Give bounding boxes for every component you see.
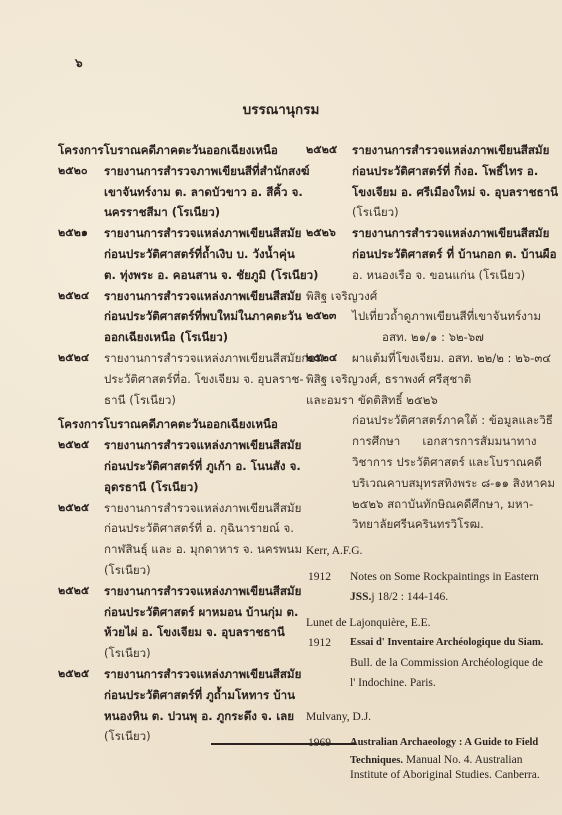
entry-year: 1969 [306, 733, 350, 782]
entry-line: l' Indochine. Paris. [350, 673, 543, 693]
entry-line: เขาจันทร์งาม ต. ลาดบัวขาว อ. สีคิ้ว จ. [104, 182, 310, 203]
bib-entry: 1912 Essai d' Inventaire Archéologique d… [306, 633, 528, 693]
entry-line: (โรเนียว) [104, 560, 302, 581]
entry-line: อ. หนองเรือ จ. ขอนแก่น (โรเนียว) [352, 265, 557, 286]
bib-entry: 1912 Notes on Some Rockpaintings in East… [306, 567, 528, 607]
entry-year: ๒๕๒๕ [58, 581, 104, 664]
author-name: Kerr, A.F.G. [306, 541, 528, 561]
entry-line: Bull. de la Commission Archéologique de [350, 653, 543, 673]
entry-line: ผาแต้มที่โขงเจียม. อสท. ๒๒/๒ : ๒๖-๓๔ [352, 348, 551, 369]
entry-year: ๒๕๒๕ [58, 664, 104, 747]
bib-entry: ๒๕๒๕ รายงานการสำรวจแหล่งภาพเขียนสีสมัย ก… [58, 581, 294, 664]
bib-entry: 1969 Australian Archaeology : A Guide to… [306, 733, 528, 782]
entry-line: ไปเที่ยวถ้ำดูภาพเขียนสีที่เขาจันทร์งาม [352, 306, 541, 327]
bib-entry: ๒๕๒๔ รายงานการสำรวจแหล่งภาพเขียนสีสมัย ก… [58, 286, 294, 348]
entry-line: ออกเฉียงเหนือ (โรเนียว) [104, 327, 302, 348]
entry-title: Essai d' Inventaire Archéologique du Sia… [350, 633, 543, 653]
page-number: ๖ [75, 54, 83, 73]
entry-year: ๒๕๒๑ [58, 223, 104, 285]
entry-line: บริเวณคาบสมุทรสทิงพระ ๘-๑๑ สิงหาคม [352, 473, 528, 494]
entry-line: รายงานการสำรวจแหล่งภาพเขียนสีสมัย [104, 498, 302, 519]
bib-entry: ๒๕๒๐ รายงานการสำรวจภาพเขียนสีที่สำนักสงฆ… [58, 161, 294, 223]
entry-year: ๒๕๒๓ [306, 306, 352, 348]
entry-year: ๒๕๒๕ [58, 435, 104, 497]
author-name: พิสิฐ เจริญวงศ์ [306, 286, 528, 307]
entry-line: (โรเนียว) [352, 202, 558, 223]
entry-title-cont: Techniques. [350, 755, 403, 766]
page-title: บรรณานุกรม [0, 98, 562, 120]
entry-line: ต. ทุ่งพระ อ. คอนสาน จ. ชัยภูมิ (โรเนียว… [104, 265, 318, 286]
bib-entry: ๒๕๒๑ รายงานการสำรวจแหล่งภาพเขียนสีสมัย ก… [58, 223, 294, 285]
bib-entry: ๒๕๒๕ รายงานการสำรวจแหล่งภาพเขียนสีสมัย ก… [58, 664, 294, 747]
right-column: ๒๕๒๕ รายงานการสำรวจแหล่งภาพเขียนสีสมัย ก… [306, 140, 528, 782]
journal-citation: j 18/2 : 144-146. [371, 591, 448, 603]
entry-line: รายงานการสำรวจแหล่งภาพเขียนสีสมัย [104, 581, 301, 602]
bib-entry: ๒๕๒๕ รายงานการสำรวจแหล่งภาพเขียนสีสมัย ก… [58, 435, 294, 497]
bib-entry: ๒๕๒๔ ผาแต้มที่โขงเจียม. อสท. ๒๒/๒ : ๒๖-๓… [306, 348, 528, 369]
entry-year: 1912 [306, 633, 350, 693]
entry-line: อสท. ๒๑/๑ : ๖๒-๖๗ [352, 327, 541, 348]
entry-line: โขงเจียม อ. ศรีเมืองใหม่ จ. อุบลราชธานี [352, 182, 558, 203]
entry-year: ๒๕๒๖ [306, 223, 352, 285]
entry-line: รายงานการสำรวจแหล่งภาพเขียนสีสมัย [104, 435, 301, 456]
entry-year: ๒๕๒๐ [58, 161, 104, 223]
bib-entry: ๒๕๒๕ รายงานการสำรวจแหล่งภาพเขียนสีสมัย ก… [306, 140, 528, 223]
bib-entry: ๒๕๒๓ ไปเที่ยวถ้ำดูภาพเขียนสีที่เขาจันทร์… [306, 306, 528, 348]
author-name: พิสิฐ เจริญวงศ์, ธราพงศ์ ศรีสุชาติ [306, 369, 528, 390]
entry-title: Australian Archaeology : A Guide to Fiel… [350, 733, 540, 753]
entry-line: Notes on Some Rockpaintings in Eastern [350, 567, 539, 587]
entry-year: ๒๕๒๕ [306, 140, 352, 223]
entry-line: วิทยาลัยศรีนครินทรวิโรฒ. [352, 514, 528, 535]
section-heading: โครงการโบราณคดีภาคตะวันออกเฉียงเหนือ [58, 140, 294, 161]
end-divider [211, 743, 356, 745]
entry-line: ก่อนประวัติศาสตร์ที่ ภูถ้ำมโหทาร บ้าน [104, 685, 301, 706]
entry-line: ๒๕๒๖ สถาบันทักษิณคดีศึกษา, มหา- [352, 494, 528, 515]
entry-year: ๒๕๒๔ [306, 348, 352, 369]
entry-line: ก่อนประวัติศาสตร์ที่ถ้ำเงิบ บ. วังน้ำคุ่… [104, 244, 318, 265]
entry-line: รายงานการสำรวจแหล่งภาพเขียนสีสมัยก่อน [104, 348, 323, 369]
author-name-year: และอมรา ขัดติสิทธิ์ ๒๕๒๖ [306, 390, 528, 411]
entry-line: Institute of Aboriginal Studies. Canberr… [350, 768, 540, 782]
entry-line: นครราชสีมา (โรเนียว) [104, 202, 310, 223]
entry-line: ก่อนประวัติศาสตร์ที่ อ. กุฉินารายณ์ จ. [104, 518, 302, 539]
entry-line: รายงานการสำรวจแหล่งภาพเขียนสีสมัย [104, 286, 302, 307]
entry-line: รายงานการสำรวจแหล่งภาพเขียนสีสมัย [104, 223, 318, 244]
left-column: โครงการโบราณคดีภาคตะวันออกเฉียงเหนือ ๒๕๒… [58, 140, 294, 747]
entry-line: รายงานการสำรวจภาพเขียนสีที่สำนักสงฆ์ [104, 161, 310, 182]
entry-line: รายงานการสำรวจแหล่งภาพเขียนสีสมัย [352, 140, 558, 161]
entry-line: กาฬสินธุ์ และ อ. มุกดาหาร จ. นครพนม [104, 539, 302, 560]
entry-line: Manual No. 4. Australian [403, 754, 522, 766]
entry-line: อุดรธานี (โรเนียว) [104, 477, 301, 498]
bib-entry: ๒๕๒๔ รายงานการสำรวจแหล่งภาพเขียนสีสมัยก่… [58, 348, 294, 410]
entry-line: ก่อนประวัติศาสตร์ ผาหมอน บ้านกุ่ม ต. [104, 602, 301, 623]
entry-line: หนองหิน ต. ปวนพุ อ. ภูกระดึง จ. เลย [104, 706, 301, 727]
entry-year: ๒๕๒๕ [58, 498, 104, 581]
entry-line: ประวัติศาสตร์ที่อ. โขงเจียม จ. อุบลราช- [104, 369, 323, 390]
entry-line: รายงานการสำรวจแหล่งภาพเขียนสีสมัย [352, 223, 557, 244]
bib-entry: ก่อนประวัติศาสตร์ภาคใต้ : ข้อมูลและวิธี … [306, 410, 528, 535]
entry-line: รายงานการสำรวจแหล่งภาพเขียนสีสมัย [104, 664, 301, 685]
bib-entry: ๒๕๒๖ รายงานการสำรวจแหล่งภาพเขียนสีสมัย ก… [306, 223, 528, 285]
entry-line: วิชาการ ประวัติศาสตร์ และโบราณคดี [352, 452, 528, 473]
entry-line: ก่อนประวัติศาสตร์ที่ กิ่งอ. โพธิ์ไทร อ. [352, 161, 558, 182]
entry-line: ก่อนประวัติศาสตร์ที่ ภูเก้า อ. โนนสัง จ. [104, 456, 301, 477]
bib-entry: ๒๕๒๕ รายงานการสำรวจแหล่งภาพเขียนสีสมัย ก… [58, 498, 294, 581]
entry-year: ๒๕๒๔ [58, 348, 104, 410]
entry-year: 1912 [306, 567, 350, 607]
entry-year: ๒๕๒๔ [58, 286, 104, 348]
entry-line: การศึกษา เอกสารการสัมมนาทาง [352, 431, 528, 452]
entry-line: (โรเนียว) [104, 643, 301, 664]
section-heading: โครงการโบราณคดีภาคตะวันออกเฉียงเหนือ [58, 414, 294, 435]
entry-line: ก่อนประวัติศาสตร์ภาคใต้ : ข้อมูลและวิธี [352, 410, 528, 431]
journal-name: JSS. [350, 591, 371, 603]
entry-line: ก่อนประวัติศาสตร์ ที่ บ้านกอก ต. บ้านผือ [352, 244, 557, 265]
entry-line: ธานี (โรเนียว) [104, 390, 323, 411]
author-name: Lunet de Lajonquière, E.E. [306, 613, 528, 633]
entry-line: ก่อนประวัติศาสตร์ที่พบใหม่ในภาคตะวัน [104, 306, 302, 327]
author-name: Mulvany, D.J. [306, 707, 528, 727]
entry-line: ห้วยไผ่ อ. โขงเจียม จ. อุบลราชธานี [104, 622, 301, 643]
